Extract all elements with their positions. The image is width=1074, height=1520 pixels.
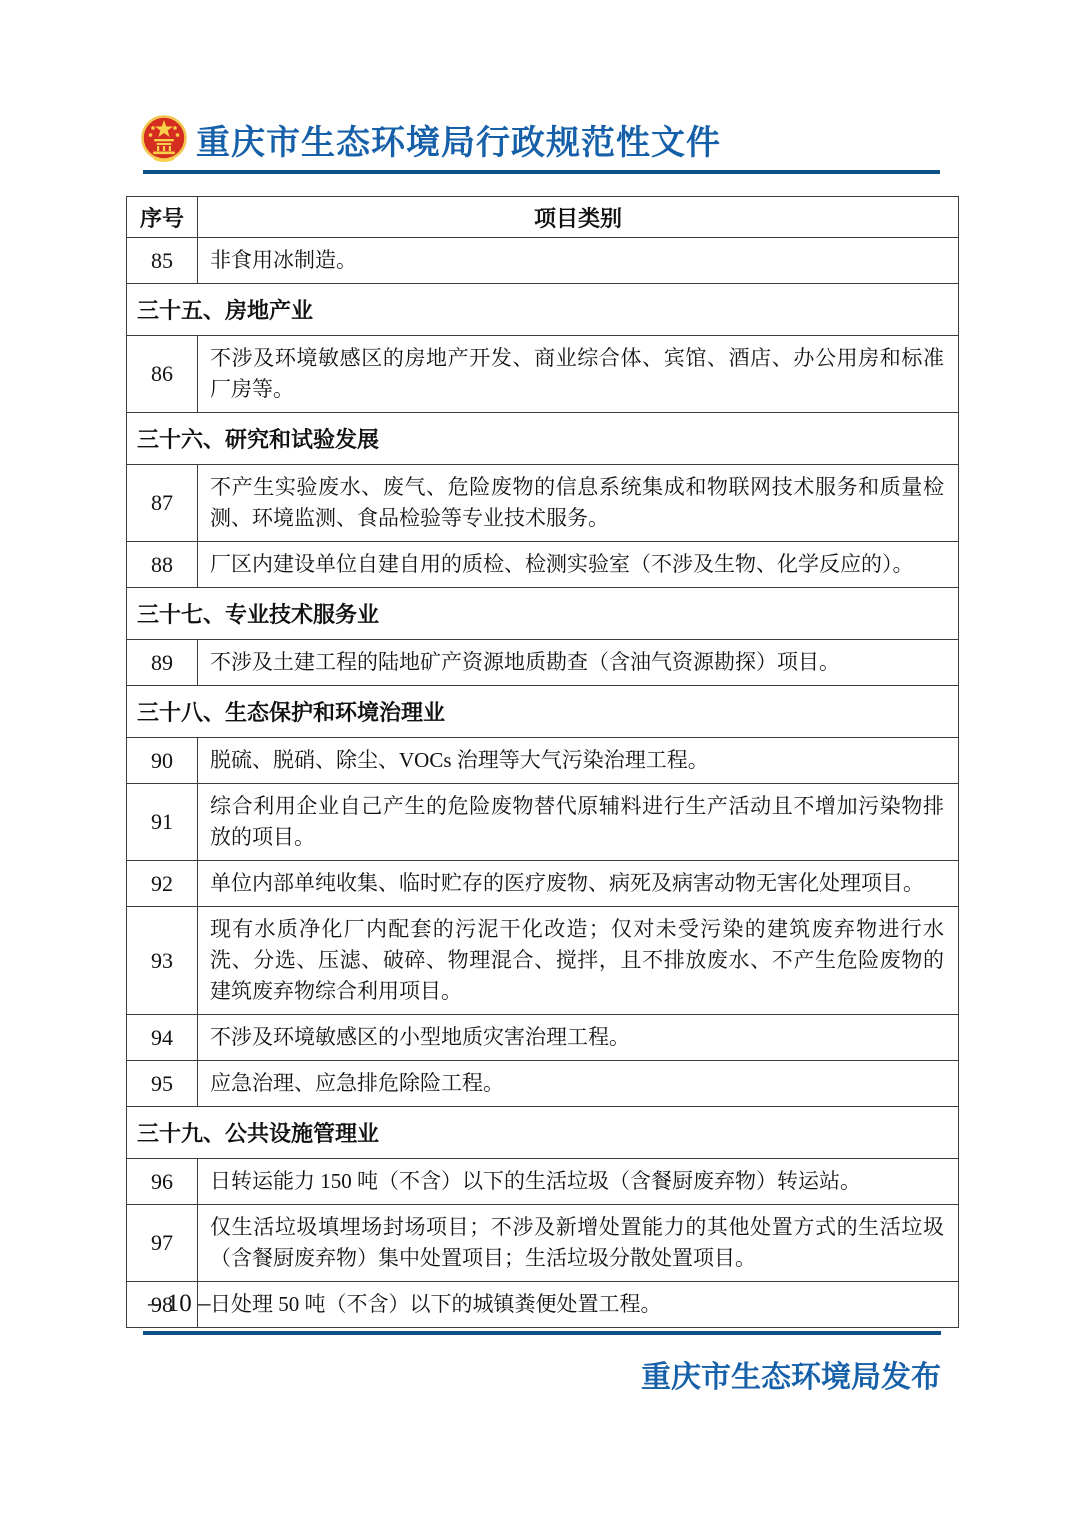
china-national-emblem-icon <box>140 114 188 166</box>
footer-rule <box>143 1331 941 1335</box>
section-title: 三十九、公共设施管理业 <box>127 1107 959 1159</box>
row-text: 现有水质净化厂内配套的污泥干化改造；仅对未受污染的建筑废弃物进行水洗、分选、压滤… <box>198 907 959 1015</box>
row-text: 仅生活垃圾填埋场封场项目；不涉及新增处置能力的其他处置方式的生活垃圾（含餐厨废弃… <box>198 1205 959 1282</box>
table-row: 92 单位内部单纯收集、临时贮存的医疗废物、病死及病害动物无害化处理项目。 <box>127 861 959 907</box>
table-header: 序号 项目类别 <box>127 197 959 238</box>
row-text: 日处理 50 吨（不含）以下的城镇粪便处置工程。 <box>198 1282 959 1328</box>
row-number: 86 <box>127 336 198 413</box>
row-number: 87 <box>127 465 198 542</box>
section-row: 三十六、研究和试验发展 <box>127 413 959 465</box>
row-text: 不涉及土建工程的陆地矿产资源地质勘查（含油气资源勘探）项目。 <box>198 640 959 686</box>
document-title: 重庆市生态环境局行政规范性文件 <box>196 115 721 164</box>
table-row: 95 应急治理、应急排危除险工程。 <box>127 1061 959 1107</box>
table-row: 89 不涉及土建工程的陆地矿产资源地质勘查（含油气资源勘探）项目。 <box>127 640 959 686</box>
section-row: 三十五、房地产业 <box>127 284 959 336</box>
row-number: 90 <box>127 738 198 784</box>
row-text: 不涉及环境敏感区的小型地质灾害治理工程。 <box>198 1015 959 1061</box>
table-header-row: 序号 项目类别 <box>127 197 959 238</box>
row-text: 综合利用企业自己产生的危险废物替代原辅料进行生产活动且不增加污染物排放的项目。 <box>198 784 959 861</box>
row-number: 95 <box>127 1061 198 1107</box>
section-title: 三十八、生态保护和环境治理业 <box>127 686 959 738</box>
row-number: 85 <box>127 238 198 284</box>
row-number: 89 <box>127 640 198 686</box>
table-row: 98 日处理 50 吨（不含）以下的城镇粪便处置工程。 <box>127 1282 959 1328</box>
column-header-serial: 序号 <box>127 197 198 238</box>
row-text: 厂区内建设单位自建自用的质检、检测实验室（不涉及生物、化学反应的）。 <box>198 542 959 588</box>
header-rule <box>143 170 940 174</box>
row-text: 日转运能力 150 吨（不含）以下的生活垃圾（含餐厨废弃物）转运站。 <box>198 1159 959 1205</box>
project-category-table: 序号 项目类别 85 非食用冰制造。 三十五、房地产业 86 不涉及环境敏感区的… <box>126 196 959 1328</box>
row-text: 脱硫、脱硝、除尘、VOCs 治理等大气污染治理工程。 <box>198 738 959 784</box>
section-title: 三十七、专业技术服务业 <box>127 588 959 640</box>
document-header: 重庆市生态环境局行政规范性文件 <box>140 112 940 174</box>
row-number: 92 <box>127 861 198 907</box>
publisher-text: 重庆市生态环境局发布 <box>143 1352 941 1396</box>
row-number: 88 <box>127 542 198 588</box>
column-header-category: 项目类别 <box>198 197 959 238</box>
row-number: 93 <box>127 907 198 1015</box>
table-row: 86 不涉及环境敏感区的房地产开发、商业综合体、宾馆、酒店、办公用房和标准厂房等… <box>127 336 959 413</box>
row-text: 不涉及环境敏感区的房地产开发、商业综合体、宾馆、酒店、办公用房和标准厂房等。 <box>198 336 959 413</box>
section-title: 三十五、房地产业 <box>127 284 959 336</box>
page-number: – 10 – <box>148 1290 211 1318</box>
table-row: 87 不产生实验废水、废气、危险废物的信息系统集成和物联网技术服务和质量检测、环… <box>127 465 959 542</box>
table-row: 91 综合利用企业自己产生的危险废物替代原辅料进行生产活动且不增加污染物排放的项… <box>127 784 959 861</box>
section-row: 三十九、公共设施管理业 <box>127 1107 959 1159</box>
row-number: 96 <box>127 1159 198 1205</box>
table-row: 94 不涉及环境敏感区的小型地质灾害治理工程。 <box>127 1015 959 1061</box>
table-row: 85 非食用冰制造。 <box>127 238 959 284</box>
table-row: 97 仅生活垃圾填埋场封场项目；不涉及新增处置能力的其他处置方式的生活垃圾（含餐… <box>127 1205 959 1282</box>
section-row: 三十八、生态保护和环境治理业 <box>127 686 959 738</box>
row-number: 94 <box>127 1015 198 1061</box>
document-page: 重庆市生态环境局行政规范性文件 序号 项目类别 85 非食用冰制造。 三十五、房… <box>0 0 1074 1520</box>
row-number: 97 <box>127 1205 198 1282</box>
section-row: 三十七、专业技术服务业 <box>127 588 959 640</box>
row-number: 91 <box>127 784 198 861</box>
table-row: 90 脱硫、脱硝、除尘、VOCs 治理等大气污染治理工程。 <box>127 738 959 784</box>
row-text: 不产生实验废水、废气、危险废物的信息系统集成和物联网技术服务和质量检测、环境监测… <box>198 465 959 542</box>
row-text: 非食用冰制造。 <box>198 238 959 284</box>
table-row: 96 日转运能力 150 吨（不含）以下的生活垃圾（含餐厨废弃物）转运站。 <box>127 1159 959 1205</box>
row-text: 单位内部单纯收集、临时贮存的医疗废物、病死及病害动物无害化处理项目。 <box>198 861 959 907</box>
table-row: 93 现有水质净化厂内配套的污泥干化改造；仅对未受污染的建筑废弃物进行水洗、分选… <box>127 907 959 1015</box>
row-text: 应急治理、应急排危除险工程。 <box>198 1061 959 1107</box>
table-row: 88 厂区内建设单位自建自用的质检、检测实验室（不涉及生物、化学反应的）。 <box>127 542 959 588</box>
section-title: 三十六、研究和试验发展 <box>127 413 959 465</box>
table-body: 85 非食用冰制造。 三十五、房地产业 86 不涉及环境敏感区的房地产开发、商业… <box>127 238 959 1328</box>
